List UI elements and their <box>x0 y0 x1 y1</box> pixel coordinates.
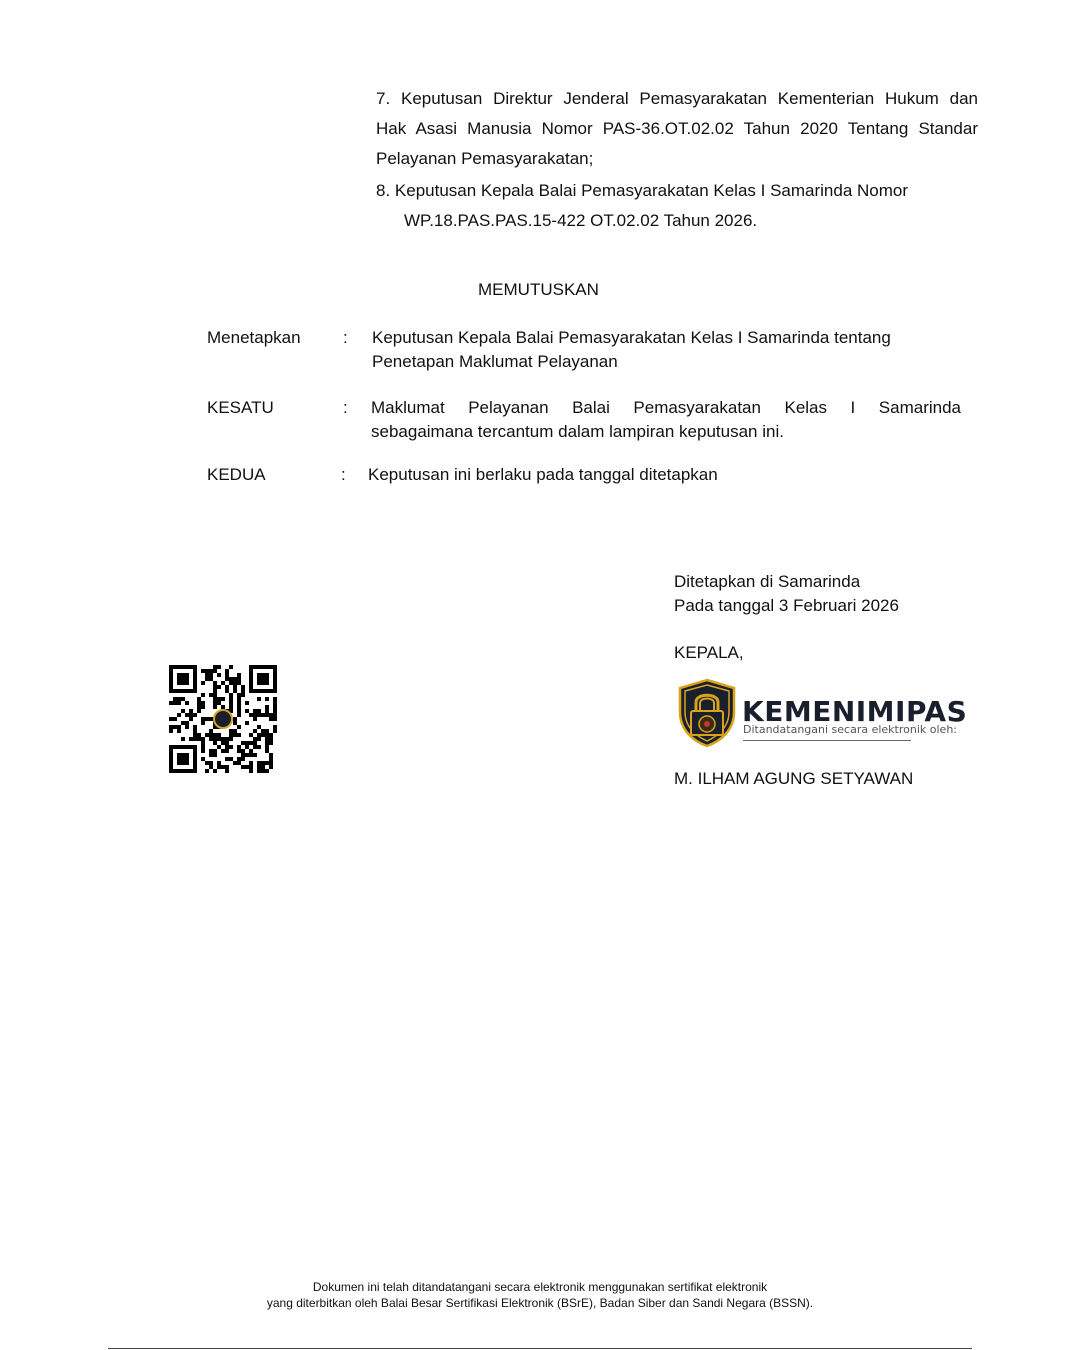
item7-line-1: 7. Keputusan Direktur Jenderal Pemasyara… <box>376 84 978 114</box>
row-value-kesatu: Maklumat Pelayanan Balai Pemasyarakatan … <box>371 396 961 444</box>
row-value-kedua: Keputusan ini berlaku pada tanggal ditet… <box>368 463 718 487</box>
item7-line-2: Hak Asasi Manusia Nomor PAS-36.OT.02.02 … <box>376 114 978 144</box>
signature-place: Ditetapkan di Samarinda <box>674 570 860 594</box>
bottom-divider <box>108 1348 972 1349</box>
signature-position: KEPALA, <box>674 641 744 665</box>
menetapkan-line-2: Penetapan Maklumat Pelayanan <box>372 350 891 374</box>
logo-caption: Ditandatangani secara elektronik oleh: <box>743 723 957 736</box>
logo-divider <box>743 740 911 741</box>
row-value-menetapkan: Keputusan Kepala Balai Pemasyarakatan Ke… <box>372 326 891 374</box>
footer-line-1: Dokumen ini telah ditandatangani secara … <box>0 1279 1080 1295</box>
qr-code-icon <box>169 665 277 773</box>
signature-date: Pada tanggal 3 Februari 2026 <box>674 594 899 618</box>
row-label-kesatu: KESATU <box>207 396 274 420</box>
row-label-menetapkan: Menetapkan <box>207 326 301 350</box>
consideration-item-8-line-2: WP.18.PAS.PAS.15-422 OT.02.02 Tahun 2026… <box>404 206 757 236</box>
row-label-kedua: KEDUA <box>207 463 266 487</box>
signer-name: M. ILHAM AGUNG SETYAWAN <box>674 767 913 791</box>
item7-line-3: Pelayanan Pemasyarakatan; <box>376 144 978 174</box>
decision-heading: MEMUTUSKAN <box>478 280 599 300</box>
shield-lock-icon <box>676 678 738 748</box>
row-colon: : <box>343 396 348 420</box>
kesatu-line-2: sebagaimana tercantum dalam lampiran kep… <box>371 420 961 444</box>
consideration-item-8-line-1: 8. Keputusan Kepala Balai Pemasyarakatan… <box>376 176 908 206</box>
consideration-item-7: 7. Keputusan Direktur Jenderal Pemasyara… <box>376 84 978 174</box>
menetapkan-line-1: Keputusan Kepala Balai Pemasyarakatan Ke… <box>372 326 891 350</box>
row-colon: : <box>343 326 348 350</box>
kesatu-line-1: Maklumat Pelayanan Balai Pemasyarakatan … <box>371 396 961 420</box>
row-colon: : <box>341 463 346 487</box>
footer-line-2: yang diterbitkan oleh Balai Besar Sertif… <box>0 1295 1080 1311</box>
